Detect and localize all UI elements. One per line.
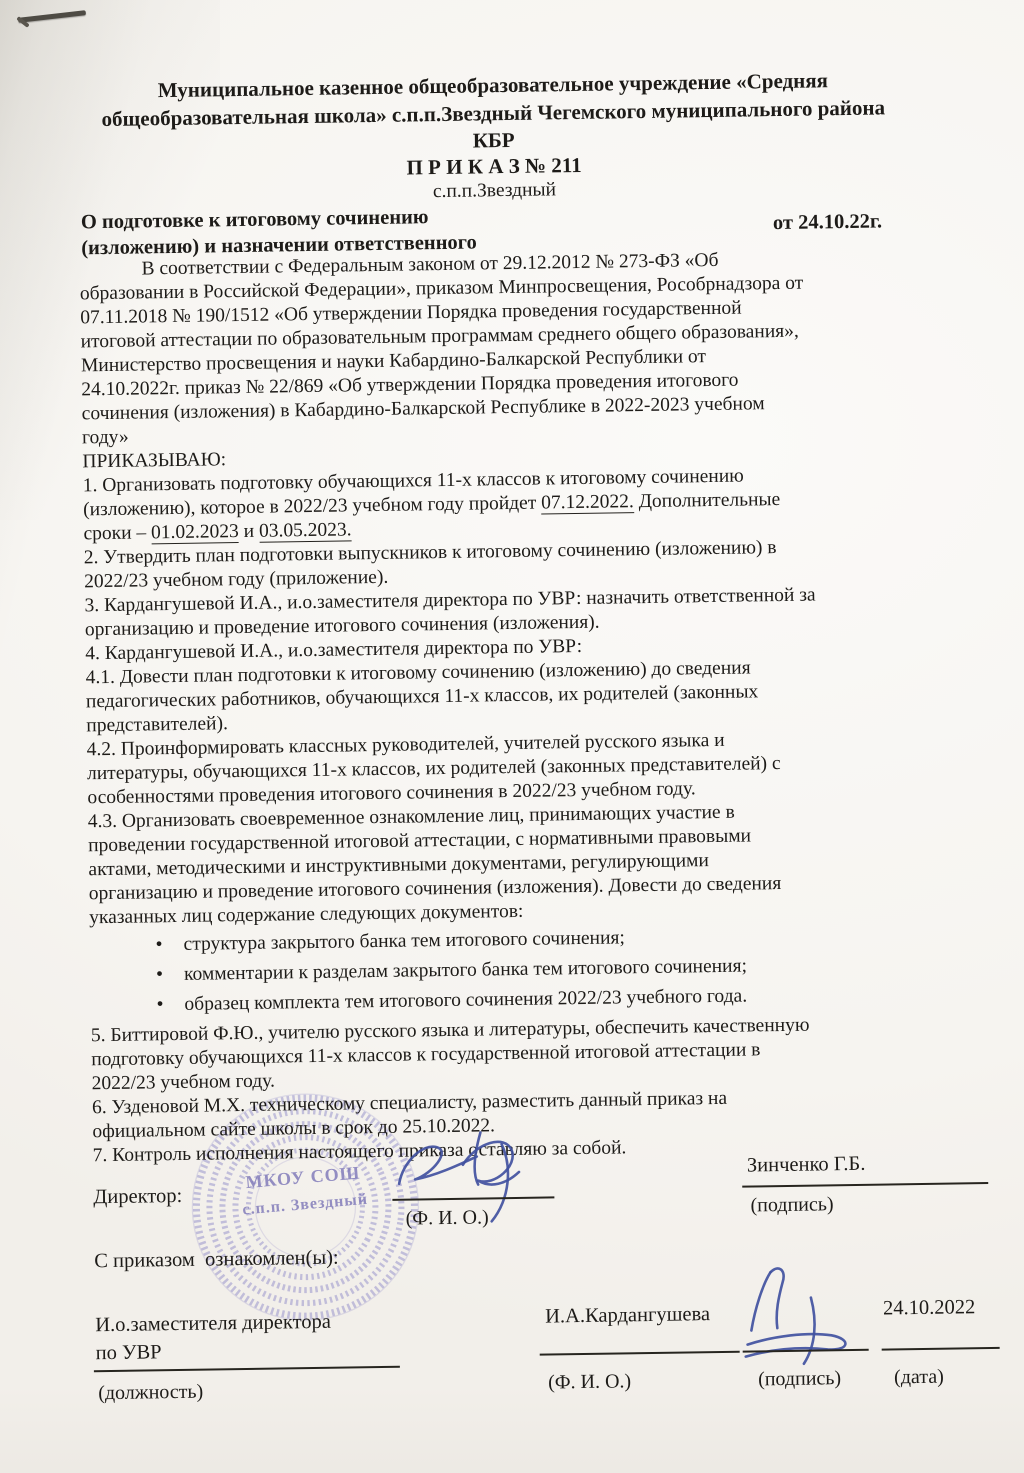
scanned-order-page: Муниципальное казенное общеобразовательн… (0, 0, 1024, 1473)
item1-main-date: 07.12.2022. (541, 491, 634, 514)
footer-date: 24.10.2022 (883, 1296, 976, 1320)
acknowledgement-line: С приказом ознакомлен(ы): (94, 1247, 339, 1274)
footer-position-caption: (должность) (98, 1381, 203, 1406)
stamp-center-line-2: с.п.п. Звездный (242, 1191, 369, 1219)
documents-bullet-list: структура закрытого банка тем итогового … (89, 921, 992, 1018)
deputy-signature (730, 1263, 877, 1373)
item1-conjunction: и (239, 521, 259, 542)
footer-person-name: И.А.Кардангушева (545, 1303, 710, 1328)
order-item-4-3: 4.3. Организовать своевременное ознакомл… (88, 797, 992, 930)
item1-add-date-2: 03.05.2023. (259, 519, 352, 542)
item1-add-date-1: 01.02.2023 (151, 521, 239, 544)
footer-fio-line (540, 1351, 740, 1356)
director-signature-caption: (подпись) (750, 1193, 833, 1217)
order-item-4-1: 4.1. Довести план подготовки к итоговому… (85, 653, 988, 738)
footer-signature-caption: (подпись) (758, 1367, 841, 1391)
order-body: В соответствии с Федеральным законом от … (79, 245, 994, 1168)
organization-name: Муниципальное казенное общеобразовательн… (53, 66, 934, 162)
footer-date-line (882, 1347, 1000, 1351)
director-fio-caption: (Ф. И. О.) (406, 1206, 489, 1230)
footer-position: И.о.заместителя директора по УВР (95, 1308, 331, 1367)
bullet-item-text: комментарии к разделам закрытого банка т… (184, 956, 747, 985)
footer-date-caption: (дата) (894, 1366, 944, 1390)
footer-position-line (94, 1366, 400, 1373)
bullet-item-text: структура закрытого банка тем итогового … (183, 927, 625, 955)
director-signature-line (742, 1182, 988, 1188)
order-item-5: 5. Биттировой Ф.Ю., учителю русского язы… (91, 1011, 994, 1096)
order-date: от 24.10.22г. (773, 210, 882, 235)
preamble-paragraph: В соответствии с Федеральным законом от … (79, 245, 984, 450)
director-name: Зинченко Г.Б. (747, 1153, 866, 1178)
document-content: Муниципальное казенное общеобразовательн… (0, 0, 1024, 1473)
footer-fio-caption: (Ф. И. О.) (548, 1370, 631, 1394)
order-item-1: 1. Организовать подготовку обучающихся 1… (83, 461, 986, 546)
director-label: Директор: (93, 1185, 182, 1209)
order-item-4-2: 4.2. Проинформировать классных руководит… (87, 725, 990, 810)
bullet-item-text: образец комплекта тем итогового сочинени… (184, 986, 747, 1015)
